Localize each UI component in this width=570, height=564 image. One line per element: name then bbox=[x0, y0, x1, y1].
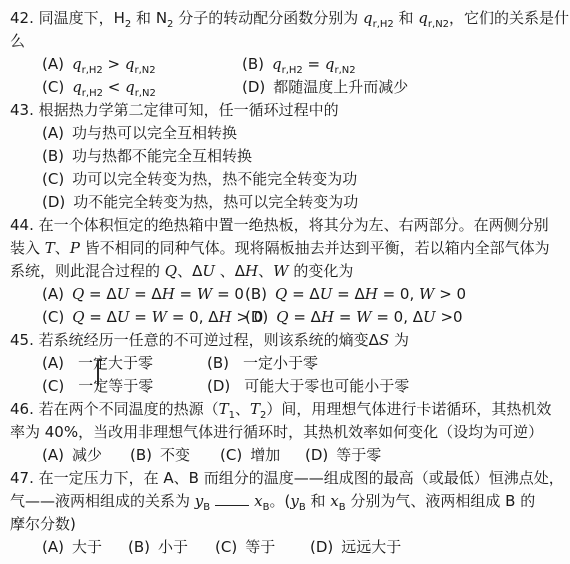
option-47-C: (C)等于 bbox=[215, 536, 310, 559]
option-text: qr,H2 < qr,N2 bbox=[72, 78, 156, 96]
option-text: 功与热可以完全互相转换 bbox=[72, 124, 237, 142]
option-43-C: (C)功可以完全转变为热，热不能完全转变为功 bbox=[42, 168, 357, 191]
question-47-line-3: 摩尔分数) bbox=[10, 513, 564, 536]
option-text: qr,H2 > qr,N2 bbox=[72, 55, 156, 73]
option-label: (B) bbox=[42, 147, 64, 165]
option-text: 大于 bbox=[72, 538, 102, 556]
option-label: (B) bbox=[242, 55, 264, 73]
question-45-options-row-1: (A)一定大于零 (B)一定小于零 bbox=[10, 352, 564, 375]
option-label: (C) bbox=[42, 377, 64, 395]
question-42-options-row-1: (A)qr,H2 > qr,N2 (B)qr,H2 = qr,N2 bbox=[10, 53, 564, 76]
question-46-line-1: 46. 若在两个不同温度的热源（T1、T2）间，用理想气体进行卡诺循环，其热机效 bbox=[10, 398, 564, 421]
option-text: qr,H2 = qr,N2 bbox=[272, 55, 356, 73]
option-46-C: (C)增加 bbox=[220, 444, 305, 467]
option-label: (A) bbox=[42, 285, 64, 303]
option-text: 一定小于零 bbox=[243, 354, 318, 372]
option-text: 等于零 bbox=[336, 446, 381, 464]
option-44-B: (B)Q = ΔU = ΔH = 0, W > 0 bbox=[245, 283, 466, 306]
question-42-line-2: 么 bbox=[10, 30, 564, 53]
question-45: 45. 若系统经历一任意的不可逆过程，则该系统的熵变ΔS 为 (A)一定大于零 … bbox=[10, 329, 564, 398]
option-47-B: (B)小于 bbox=[128, 536, 215, 559]
option-text: 功可以完全转变为热，热不能完全转变为功 bbox=[72, 170, 357, 188]
option-label: (D) bbox=[242, 78, 265, 96]
option-44-A: (A)Q = ΔU = ΔH = W = 0 bbox=[42, 283, 245, 306]
option-text: 可能大于零也可能小于零 bbox=[244, 377, 409, 395]
option-45-D: (D)可能大于零也可能小于零 bbox=[207, 375, 409, 398]
option-label: (A) bbox=[42, 538, 64, 556]
option-label: (D) bbox=[207, 377, 230, 395]
option-label: (B) bbox=[207, 354, 229, 372]
question-45-line-1: 45. 若系统经历一任意的不可逆过程，则该系统的熵变ΔS 为 bbox=[10, 329, 564, 352]
option-45-B: (B)一定小于零 bbox=[207, 352, 318, 375]
question-42: 42. 同温度下，H2 和 N2 分子的转动配分函数分别为 qr,H2 和 qr… bbox=[10, 7, 564, 99]
option-text: 不变 bbox=[160, 446, 190, 464]
option-label: (D) bbox=[305, 446, 328, 464]
question-46: 46. 若在两个不同温度的热源（T1、T2）间，用理想气体进行卡诺循环，其热机效… bbox=[10, 398, 564, 467]
question-45-options: (A)一定大于零 (B)一定小于零 (C)一定等于零 (D)可能大于零也可能小于… bbox=[10, 352, 564, 398]
option-43-A: (A)功与热可以完全互相转换 bbox=[42, 122, 237, 145]
option-46-B: (B)不变 bbox=[130, 444, 220, 467]
question-43-options-row-1: (A)功与热可以完全互相转换 bbox=[10, 122, 564, 145]
question-47-options-row: (A)大于 (B)小于 (C)等于 (D)远远大于 bbox=[10, 536, 564, 559]
option-45-C: (C)一定等于零 bbox=[42, 375, 207, 398]
option-42-A: (A)qr,H2 > qr,N2 bbox=[42, 53, 242, 76]
question-44-line-3: 系统，则此混合过程的 Q、ΔU 、ΔH、W 的变化为 bbox=[10, 260, 564, 283]
question-47-line-1: 47. 在一定压力下，在 A、B 而组分的温度——组成图的最高（或最低）恒沸点处… bbox=[10, 467, 564, 490]
question-44-options-row-1: (A)Q = ΔU = ΔH = W = 0 (B)Q = ΔU = ΔH = … bbox=[10, 283, 564, 306]
question-46-options-row: (A)减少 (B)不变 (C)增加 (D)等于零 bbox=[10, 444, 564, 467]
option-text: Q = ΔH = W = 0, ΔU >0 bbox=[276, 308, 462, 326]
scan-artifact-line bbox=[97, 359, 99, 386]
option-text: 功不能完全转变为热，热可以完全转变为功 bbox=[73, 193, 358, 211]
option-label: (C) bbox=[215, 538, 237, 556]
option-label: (A) bbox=[42, 55, 64, 73]
option-text: 远远大于 bbox=[341, 538, 401, 556]
option-47-A: (A)大于 bbox=[42, 536, 128, 559]
option-label: (A) bbox=[42, 354, 64, 372]
question-42-line-1: 42. 同温度下，H2 和 N2 分子的转动配分函数分别为 qr,H2 和 qr… bbox=[10, 7, 564, 30]
question-43-options-row-4: (D)功不能完全转变为热，热可以完全转变为功 bbox=[10, 191, 564, 214]
option-42-B: (B)qr,H2 = qr,N2 bbox=[242, 53, 356, 76]
option-46-A: (A)减少 bbox=[42, 444, 130, 467]
option-label: (D) bbox=[245, 308, 268, 326]
option-label: (D) bbox=[310, 538, 333, 556]
option-text: Q = ΔU = ΔH = W = 0 bbox=[72, 285, 244, 303]
option-text: 一定大于零 bbox=[78, 354, 153, 372]
option-47-D: (D)远远大于 bbox=[310, 536, 401, 559]
question-45-options-row-2: (C)一定等于零 (D)可能大于零也可能小于零 bbox=[10, 375, 564, 398]
option-42-C: (C)qr,H2 < qr,N2 bbox=[42, 76, 242, 99]
question-43-options-row-3: (C)功可以完全转变为热，热不能完全转变为功 bbox=[10, 168, 564, 191]
option-label: (C) bbox=[42, 78, 64, 96]
option-label: (B) bbox=[128, 538, 150, 556]
option-label: (B) bbox=[130, 446, 152, 464]
exam-page: 42. 同温度下，H2 和 N2 分子的转动配分函数分别为 qr,H2 和 qr… bbox=[0, 0, 570, 564]
option-44-D: (D)Q = ΔH = W = 0, ΔU >0 bbox=[245, 306, 463, 329]
question-44: 44. 在一个体积恒定的绝热箱中置一绝热板，将其分为左、右两部分。在两侧分别 装… bbox=[10, 214, 564, 329]
option-text: 小于 bbox=[158, 538, 188, 556]
option-text: Q = ΔU = W = 0, ΔH > 0 bbox=[72, 308, 263, 326]
option-label: (C) bbox=[42, 308, 64, 326]
option-label: (A) bbox=[42, 124, 64, 142]
option-label: (B) bbox=[245, 285, 267, 303]
option-42-D: (D)都随温度上升而减少 bbox=[242, 76, 408, 99]
question-47: 47. 在一定压力下，在 A、B 而组分的温度——组成图的最高（或最低）恒沸点处… bbox=[10, 467, 564, 559]
option-45-A: (A)一定大于零 bbox=[42, 352, 207, 375]
option-43-D: (D)功不能完全转变为热，热可以完全转变为功 bbox=[42, 191, 358, 214]
question-44-options-row-2: (C)Q = ΔU = W = 0, ΔH > 0 (D)Q = ΔH = W … bbox=[10, 306, 564, 329]
question-47-line-2: 气——液两相组成的关系为 yBxB。(yB 和 xB 分别为气、液两相组成 B … bbox=[10, 490, 564, 513]
option-label: (A) bbox=[42, 446, 64, 464]
option-label: (C) bbox=[42, 170, 64, 188]
option-text: 功与热都不能完全互相转换 bbox=[72, 147, 252, 165]
option-43-B: (B)功与热都不能完全互相转换 bbox=[42, 145, 252, 168]
question-42-options-row-2: (C)qr,H2 < qr,N2 (D)都随温度上升而减少 bbox=[10, 76, 564, 99]
option-44-C: (C)Q = ΔU = W = 0, ΔH > 0 bbox=[42, 306, 245, 329]
question-43-options-row-2: (B)功与热都不能完全互相转换 bbox=[10, 145, 564, 168]
question-44-line-2: 装入 T、P 皆不相同的同种气体。现将隔板抽去并达到平衡，若以箱内全部气体为 bbox=[10, 237, 564, 260]
option-label: (C) bbox=[220, 446, 242, 464]
question-43-line-1: 43. 根据热力学第二定律可知，任一循环过程中的 bbox=[10, 99, 564, 122]
question-46-line-2: 率为 40%，当改用非理想气体进行循环时，其热机效率如何变化（设均为可逆） bbox=[10, 421, 564, 444]
option-text: 减少 bbox=[72, 446, 102, 464]
question-43: 43. 根据热力学第二定律可知，任一循环过程中的 (A)功与热可以完全互相转换 … bbox=[10, 99, 564, 214]
option-46-D: (D)等于零 bbox=[305, 444, 381, 467]
option-text: 都随温度上升而减少 bbox=[273, 78, 408, 96]
question-44-line-1: 44. 在一个体积恒定的绝热箱中置一绝热板，将其分为左、右两部分。在两侧分别 bbox=[10, 214, 564, 237]
option-text: 增加 bbox=[250, 446, 280, 464]
option-text: 等于 bbox=[245, 538, 275, 556]
option-text: Q = ΔU = ΔH = 0, W > 0 bbox=[275, 285, 466, 303]
option-text: 一定等于零 bbox=[78, 377, 153, 395]
option-label: (D) bbox=[42, 193, 65, 211]
